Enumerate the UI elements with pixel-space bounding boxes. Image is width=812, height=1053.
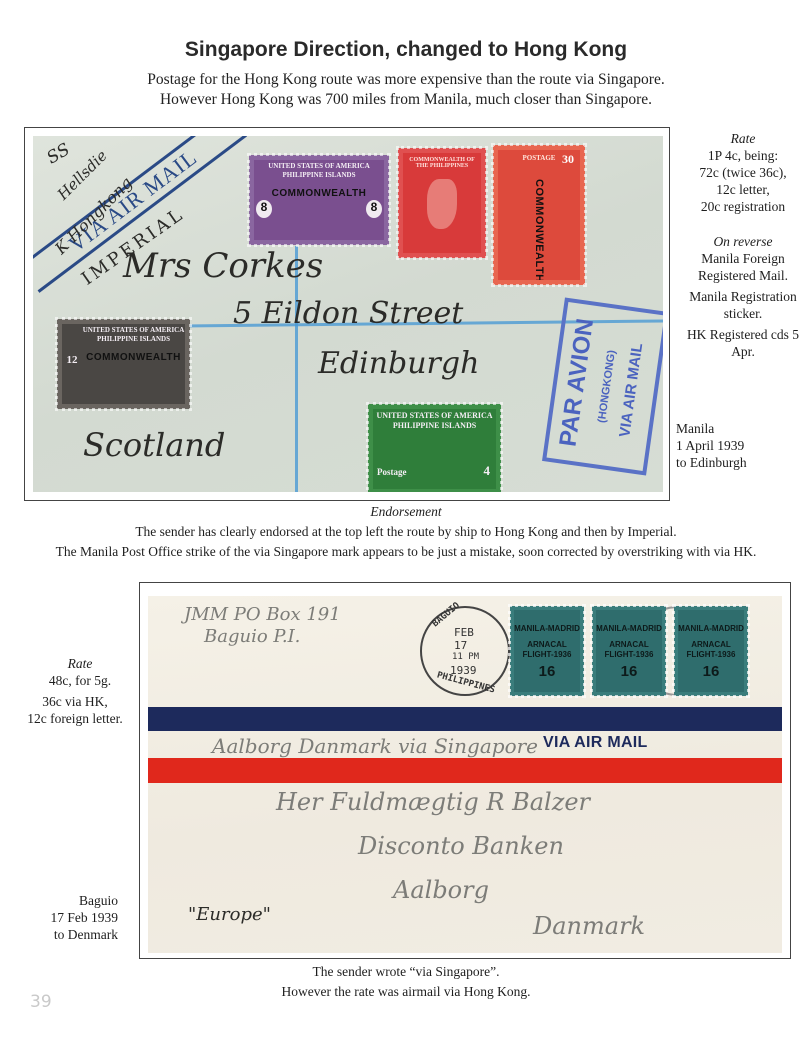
intro-line: Postage for the Hong Kong route was more… [0,70,812,90]
europe-note: "Europe" [188,904,271,925]
stamp-16c-overprint: MANILA-MADRID ARNACAL FLIGHT-1936 16 [674,606,748,696]
cover1-caption: Endorsement The sender has clearly endor… [0,502,812,562]
map-shape [427,179,457,229]
cover2-frame: JMM PO Box 191 Baguio P.I. BAGUIO FEB 17… [139,582,791,959]
cover1-frame: VIA AIR MAIL SS Hellsdie K Hongkong IMPE… [24,127,670,501]
sender-line-2: Baguio P.I. [204,626,300,647]
rate-heading: Rate [68,656,93,671]
cover2-envelope: JMM PO Box 191 Baguio P.I. BAGUIO FEB 17… [148,596,782,953]
stamp-30c-red: POSTAGE COMMONWEALTH 30 [493,145,585,285]
address-line-2: Disconto Banken [358,832,564,860]
stamp-map-red: COMMONWEALTH OF THE PHILIPPINES [398,148,486,258]
cover1-origin: Manila 1 April 1939 to Edinburgh [676,420,806,471]
stamp-12c-black: UNITED STATES OF AMERICA PHILIPPINE ISLA… [57,319,190,409]
hongkong-airmail-handstamp: PAR AVION (HONGKONG) VIA AIR MAIL [542,297,663,475]
cover1-notes: Rate 1P 4c, being: 72c (twice 36c), 12c … [674,130,812,360]
sender-line-1: JMM PO Box 191 [184,604,341,625]
address-line-2: 5 Eildon Street [233,296,463,331]
stamp-8c-purple: UNITED STATES OF AMERICA PHILIPPINE ISLA… [249,155,389,245]
stamp-16c-overprint: MANILA-MADRID ARNACAL FLIGHT-1936 16 [510,606,584,696]
cover2-caption: The sender wrote “via Singapore”. Howeve… [0,962,812,1002]
address-line-3: Aalborg [393,876,489,904]
intro-line: However Hong Kong was 700 miles from Man… [0,90,812,110]
baguio-postmark: BAGUIO FEB 17 11 PM 1939 PHILIPPINES [420,606,510,696]
caption-heading: Endorsement [0,502,812,522]
cover2-origin: Baguio 17 Feb 1939 to Denmark [0,892,118,943]
page-title: Singapore Direction, changed to Hong Kon… [0,38,812,62]
routing-note: Aalborg Danmark via Singapore [212,734,538,758]
address-line-4: Danmark [533,912,645,940]
cover1-envelope: VIA AIR MAIL SS Hellsdie K Hongkong IMPE… [33,136,663,492]
via-air-mail-label: VIA AIR MAIL [543,734,648,752]
rate-heading: Rate [731,131,756,146]
airmail-band-red [148,758,782,783]
endorsement-ss: SS [44,140,74,169]
cover2-notes: Rate 48c, for 5g. 36c via HK, 12c foreig… [0,655,130,727]
page-intro: Postage for the Hong Kong route was more… [0,70,812,110]
stamp-16c-overprint: MANILA-MADRID ARNACAL FLIGHT-1936 16 [592,606,666,696]
address-line-1: Mrs Corkes [123,246,323,286]
stamp-4c-green: UNITED STATES OF AMERICA PHILIPPINE ISLA… [368,404,501,492]
address-line-1: Her Fuldmægtig R Balzer [276,788,590,816]
address-line-3: Edinburgh [318,346,479,381]
address-line-4: Scotland [83,426,225,464]
airmail-band-blue [148,707,782,731]
page-number: 39 [30,992,52,1012]
reverse-heading: On reverse [713,234,772,249]
